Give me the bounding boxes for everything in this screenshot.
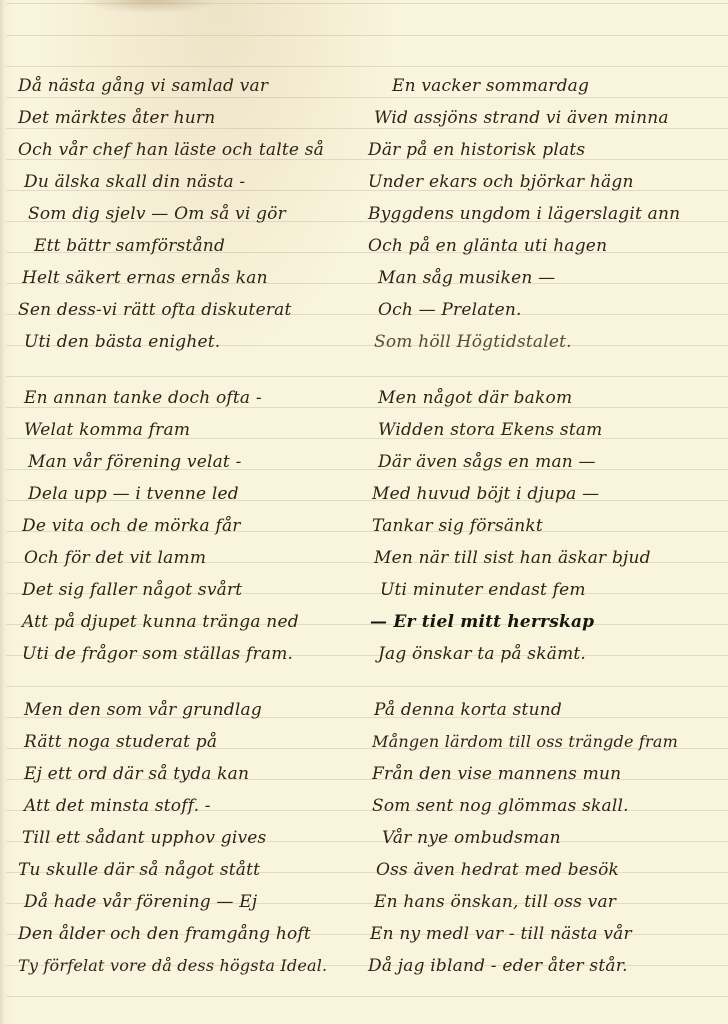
poem-line: Då jag ibland - eder åter står. bbox=[368, 956, 628, 976]
poem-line: Där även sågs en man — bbox=[378, 452, 596, 472]
poem-line: Uti de frågor som ställas fram. bbox=[22, 644, 293, 664]
poem-line: Och för det vit lamm bbox=[24, 548, 206, 568]
poem-line: En ny medl var - till nästa vår bbox=[370, 924, 632, 944]
poem-line: Då hade vår förening — Ej bbox=[24, 892, 257, 912]
poem-line: Sen dess-vi rätt ofta diskuterat bbox=[18, 300, 292, 320]
poem-line: En annan tanke doch ofta - bbox=[24, 388, 262, 408]
poem-line: De vita och de mörka får bbox=[22, 516, 241, 536]
poem-line: Under ekars och björkar hägn bbox=[368, 172, 634, 192]
poem-line: Till ett sådant upphov gives bbox=[22, 828, 266, 848]
poem-line: Uti minuter endast fem bbox=[380, 580, 586, 600]
poem-line: Men när till sist han äskar bjud bbox=[374, 548, 651, 568]
poem-line: En vacker sommardag bbox=[392, 76, 589, 96]
page-top-stain bbox=[80, 0, 220, 14]
poem-line: Welat komma fram bbox=[24, 420, 190, 440]
poem-line: Då nästa gång vi samlad var bbox=[18, 76, 268, 96]
poem-line: Oss även hedrat med besök bbox=[376, 860, 619, 880]
poem-line: Dela upp — i tvenne led bbox=[28, 484, 239, 504]
poem-line: — Er tiel mitt herrskap bbox=[370, 612, 594, 632]
poem-line: Att det minsta stoff. - bbox=[24, 796, 211, 816]
poem-line: Rätt noga studerat på bbox=[24, 732, 217, 752]
manuscript-page: Då nästa gång vi samlad var Det märktes … bbox=[0, 0, 728, 1024]
poem-line: Men den som vår grundlag bbox=[24, 700, 262, 720]
poem-line: Det sig faller något svårt bbox=[22, 580, 242, 600]
poem-line: På denna korta stund bbox=[374, 700, 562, 720]
poem-line: Där på en historisk plats bbox=[368, 140, 585, 160]
poem-line: En hans önskan, till oss var bbox=[374, 892, 616, 912]
poem-line: Och på en glänta uti hagen bbox=[368, 236, 607, 256]
poem-line: Man vår förening velat - bbox=[28, 452, 242, 472]
poem-line: Tu skulle där så något stått bbox=[18, 860, 260, 880]
poem-line: Från den vise mannens mun bbox=[372, 764, 621, 784]
poem-line: Som sent nog glömmas skall. bbox=[372, 796, 629, 816]
poem-line: Att på djupet kunna tränga ned bbox=[22, 612, 299, 632]
poem-line: Vår nye ombudsman bbox=[382, 828, 561, 848]
poem-line: Uti den bästa enighet. bbox=[24, 332, 220, 352]
poem-line: Mången lärdom till oss trängde fram bbox=[372, 732, 678, 752]
poem-line: Wid assjöns strand vi även minna bbox=[374, 108, 669, 128]
page-left-edge bbox=[0, 0, 6, 1024]
poem-line: Ett bättr samförstånd bbox=[34, 236, 225, 256]
poem-line: Den ålder och den framgång hoft bbox=[18, 924, 311, 944]
poem-line: Och — Prelaten. bbox=[378, 300, 522, 320]
poem-line: Helt säkert ernas ernås kan bbox=[22, 268, 268, 288]
poem-line: Som höll Högtidstalet. bbox=[374, 332, 572, 352]
poem-line: Man såg musiken — bbox=[378, 268, 555, 288]
poem-line: Men något där bakom bbox=[378, 388, 572, 408]
poem-line: Widden stora Ekens stam bbox=[378, 420, 603, 440]
poem-line: Och vår chef han läste och talte så bbox=[18, 140, 324, 160]
poem-line: Du älska skall din nästa - bbox=[24, 172, 245, 192]
poem-line: Det märktes åter hurn bbox=[18, 108, 215, 128]
poem-line: Ej ett ord där så tyda kan bbox=[24, 764, 249, 784]
poem-line: Byggdens ungdom i lägerslagit ann bbox=[368, 204, 680, 224]
poem-line: Som dig sjelv — Om så vi gör bbox=[28, 204, 286, 224]
poem-line: Jag önskar ta på skämt. bbox=[378, 644, 586, 664]
poem-line: Tankar sig försänkt bbox=[372, 516, 543, 536]
poem-line: Ty förfelat vore då dess högsta Ideal. bbox=[18, 956, 327, 976]
poem-line: Med huvud böjt i djupa — bbox=[372, 484, 599, 504]
